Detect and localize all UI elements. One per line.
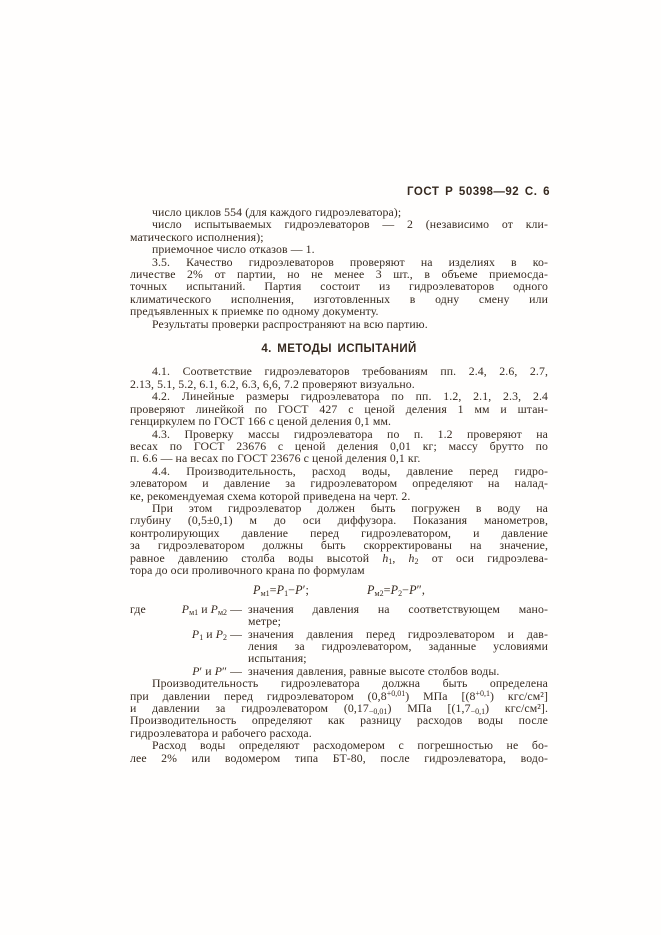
paragraph: Расход воды определяют расходомером с по… <box>130 739 548 764</box>
text-line: п. 6.6 — на весах по ГОСТ 23676 с ценой … <box>130 452 548 464</box>
text-line: точных испытаний. Партия состоит из гидр… <box>130 280 548 292</box>
text-line: за гидроэлеватором должны быть скорректи… <box>130 539 548 551</box>
text-line: испытания; <box>248 652 548 664</box>
paragraph: Результаты проверки распространяют на вс… <box>130 318 548 330</box>
text-line: 4.1. Соответствие гидроэлеваторов требов… <box>130 365 548 377</box>
paragraph: 3.5. Качество гидроэлеваторов проверяют … <box>130 256 548 318</box>
text-line: глубину (0,5±0,1) м до оси диффузора. По… <box>130 514 548 526</box>
text-line: значения давления на соответствующем ман… <box>248 603 548 615</box>
paragraph: При этом гидроэлеватор должен быть погру… <box>130 502 548 576</box>
definition-term: гдеPм1 и Pм2 — <box>130 603 242 628</box>
equation: Pм2=P2−P″, <box>367 584 425 596</box>
definition-text: значения давления на соответствующем ман… <box>248 603 548 628</box>
text-line: лее 2% или водомером типа БТ-80, после г… <box>130 752 548 764</box>
text-line: Производительность определяют как разниц… <box>130 714 548 726</box>
paragraph: 4.3. Проверку массы гидроэлеватора по п.… <box>130 428 548 465</box>
definition-text: значения давления перед гидроэлеватором … <box>248 628 548 665</box>
equation: Pм1=P1−P′; <box>253 584 309 596</box>
definition-term: P1 и P2 — <box>130 628 242 665</box>
definitions-list: гдеPм1 и Pм2 —значения давления на соотв… <box>130 603 548 677</box>
definition-row: гдеPм1 и Pм2 —значения давления на соотв… <box>130 603 548 628</box>
text-line: метре; <box>248 615 548 627</box>
paragraph: 4.2. Линейные размеры гидроэлеватора по … <box>130 390 548 427</box>
text-line: предъявленных к приемке по одному докуме… <box>130 305 548 317</box>
text-line: число испытываемых гидроэлеваторов — 2 (… <box>130 218 548 230</box>
text-line: Расход воды определяют расходомером с по… <box>130 739 548 751</box>
document-page: ГОСТ Р 50398—92 С. 6 число циклов 554 (д… <box>0 0 661 935</box>
section-heading: 4. МЕТОДЫ ИСПЫТАНИЙ <box>130 343 548 355</box>
document-body: число циклов 554 (для каждого гидроэлева… <box>130 206 548 764</box>
text-line: тора до оси проливочного крана по формул… <box>130 564 548 576</box>
paragraph: число испытываемых гидроэлеваторов — 2 (… <box>130 218 548 243</box>
page-header-gost-number: ГОСТ Р 50398—92 С. 6 <box>130 186 550 198</box>
text-line: Результаты проверки распространяют на вс… <box>130 318 548 330</box>
text-line: 4.2. Линейные размеры гидроэлеватора по … <box>130 390 548 402</box>
definition-row: P1 и P2 —значения давления перед гидроэл… <box>130 628 548 665</box>
text-line: элеватором и давление за гидроэлеватором… <box>130 477 548 489</box>
paragraph: 4.4. Производительность, расход воды, да… <box>130 465 548 502</box>
paragraph: 4.1. Соответствие гидроэлеваторов требов… <box>130 365 548 390</box>
pressure-formula: Pм1=P1−P′;Pм2=P2−P″, <box>130 584 548 596</box>
paragraph: приемочное число отказов — 1. <box>130 243 548 255</box>
text-line: генциркулем по ГОСТ 166 с ценой деления … <box>130 415 548 427</box>
text-line: приемочное число отказов — 1. <box>130 243 548 255</box>
paragraph: Производительность гидроэлеватора должна… <box>130 677 548 739</box>
